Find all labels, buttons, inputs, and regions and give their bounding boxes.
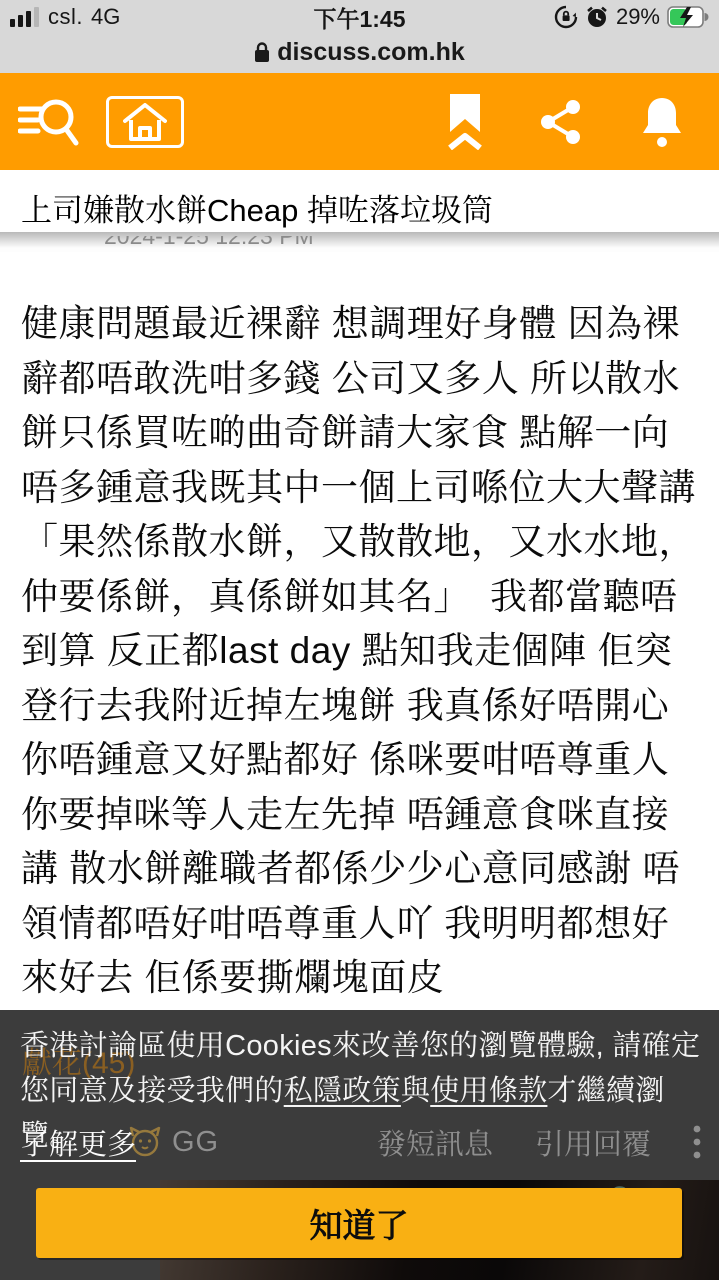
body-line: 講 散水餅離職者都係少少心意同感謝 唔: [21, 842, 700, 897]
menu-search-button[interactable]: [18, 93, 80, 151]
thread-title: 上司嫌散水餅Cheap 掉咗落垃圾筒: [0, 170, 719, 230]
share-icon: [541, 100, 581, 144]
body-line: 健康問題最近裸辭 想調理好身體 因為裸: [21, 297, 700, 352]
share-button[interactable]: [541, 100, 581, 144]
home-button[interactable]: [106, 96, 184, 148]
alarm-clock-icon: [585, 5, 609, 29]
cookie-consent-overlay: 獻花(45) GG 發短訊息 引用回覆: [0, 1010, 719, 1280]
network-label: 4G: [91, 4, 120, 30]
body-line: 到算 反正都last day 點知我走個陣 佢突: [21, 624, 700, 679]
home-icon: [123, 103, 167, 141]
post-body: 健康問題最近裸辭 想調理好身體 因為裸 辭都唔敢洗咁多錢 公司又多人 所以散水 …: [21, 297, 700, 1006]
body-line: 你唔鍾意又好點都好 係咪要咁唔尊重人: [21, 733, 700, 788]
rotation-lock-icon: [554, 5, 578, 29]
bookmark-button[interactable]: [447, 94, 483, 150]
menu-search-icon: [18, 93, 80, 151]
privacy-policy-link[interactable]: 私隱政策: [284, 1075, 401, 1107]
battery-charging-icon: [667, 6, 709, 28]
thread-title-bar: 上司嫌散水餅Cheap 掉咗落垃圾筒: [0, 170, 719, 232]
https-lock-icon: [254, 41, 270, 63]
app-header: [0, 73, 719, 170]
url-bar[interactable]: discuss.com.hk: [0, 33, 719, 71]
battery-percent: 29%: [616, 4, 660, 30]
body-line: 你要掉咪等人走左先掉 唔鍾意食咪直接: [21, 788, 700, 843]
body-line: 「果然係散水餅，又散散地，又水水地，: [21, 515, 700, 570]
bookmark-icon: [447, 94, 483, 150]
body-line: 登行去我附近掉左塊餅 我真係好唔開心: [21, 679, 700, 734]
body-line: 來好去 佢係要撕爛塊面皮: [21, 951, 700, 1006]
url-text: discuss.com.hk: [277, 38, 465, 67]
post-timestamp: 2024-1-25 12:23 PM: [104, 236, 314, 249]
status-row: csl. 4G 下午1:45: [0, 3, 719, 31]
phone-screen: csl. 4G 下午1:45: [0, 0, 719, 1280]
terms-of-use-link[interactable]: 使用條款: [430, 1075, 547, 1107]
body-line: 仲要係餅，真係餅如其名」 我都當聽唔: [21, 570, 700, 625]
bell-icon: [641, 96, 683, 148]
body-line: 領情都唔好咁唔尊重人吖 我明明都想好: [21, 897, 700, 952]
body-line: 唔多鍾意我既其中一個上司喺位大大聲講: [21, 461, 700, 516]
status-bar: csl. 4G 下午1:45: [0, 0, 719, 73]
acknowledge-button[interactable]: 知道了: [36, 1188, 682, 1258]
body-line: 辭都唔敢洗咁多錢 公司又多人 所以散水: [21, 352, 700, 407]
notification-bell-button[interactable]: [641, 96, 683, 148]
learn-more-link[interactable]: 了解更多: [20, 1122, 136, 1163]
cellular-signal-icon: [10, 7, 40, 27]
carrier-label: csl.: [48, 4, 83, 30]
body-line: 餅只係買咗啲曲奇餅請大家食 點解一向: [21, 406, 700, 461]
clock-label: 下午1:45: [313, 1, 405, 34]
